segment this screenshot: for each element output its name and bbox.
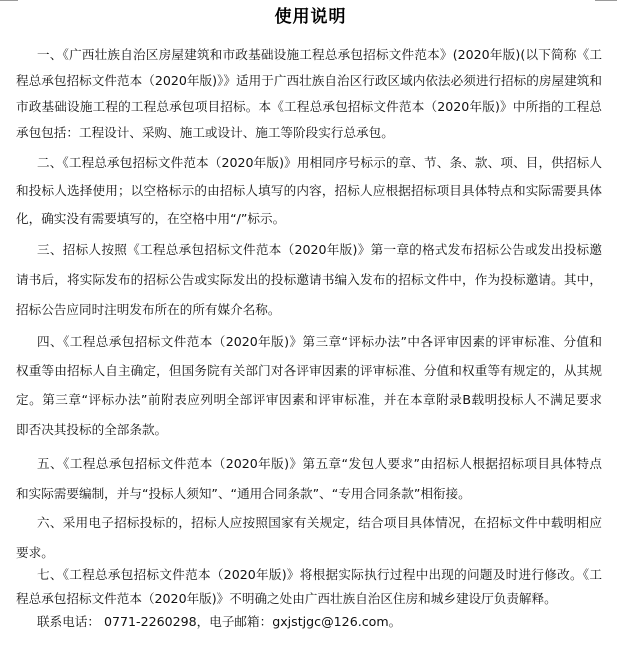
paragraph-2-line-2: 和投标人选择使用；以空格标示的由招标人填写的内容，招标人应根据招标项目具体特点和…: [16, 182, 602, 200]
crop-mark-top-right: [595, 0, 617, 1]
paragraph-4-line-3: 定。第三章“评标办法”前附表应列明全部评审因素和评审标准，并在本章附录B载明投标…: [16, 391, 602, 409]
paragraph-2-line-3: 化，确实没有需要填写的，在空格中用“/”标示。: [16, 210, 602, 228]
paragraph-1-line-1: 一、《广西壮族自治区房屋建筑和市政基础设施工程总承包招标文件范本》(2020年版…: [37, 46, 602, 64]
paragraph-6-line-1: 六、采用电子招标投标的，招标人应按照国家有关规定，结合项目具体情况，在招标文件中…: [37, 514, 602, 532]
paragraph-1-line-4: 承包包括：工程设计、采购、施工或设计、施工等阶段实行总承包。: [16, 124, 602, 142]
paragraph-7-line-1: 七、《工程总承包招标文件范本（2020年版)》将根据实际执行过程中出现的问题及时…: [37, 566, 602, 584]
contact-info: 联系电话： 0771-2260298，电子邮箱：gxjstjgc@126.com…: [37, 613, 602, 631]
paragraph-5-line-2: 和实际需要编制，并与“投标人须知”、“通用合同条款”、“专用合同条款”相衔接。: [16, 485, 602, 503]
paragraph-3-line-2: 请书后，将实际发布的招标公告或实际发出的投标邀请书编入发布的招标文件中，作为投标…: [16, 271, 602, 289]
paragraph-1-line-2: 程总承包招标文件范本（2020年版)》》适用于广西壮族自治区行政区域内依法必须进…: [16, 72, 602, 90]
paragraph-1-line-3: 市政基础设施工程的工程总承包项目招标。本《工程总承包招标文件范本（2020年版)…: [16, 98, 602, 116]
crop-mark-top-left: [0, 0, 18, 1]
paragraph-2-line-1: 二、《工程总承包招标文件范本（2020年版)》用相同序号标示的章、节、条、款、项…: [37, 154, 602, 172]
paragraph-4-line-1: 四、《工程总承包招标文件范本（2020年版)》第三章“评标办法”中各评审因素的评…: [37, 333, 602, 351]
paragraph-5-line-1: 五、《工程总承包招标文件范本（2020年版)》第五章“发包人要求”由招标人根据招…: [37, 455, 602, 473]
paragraph-3-line-1: 三、招标人按照《工程总承包招标文件范本（2020年版)》第一章的格式发布招标公告…: [37, 241, 602, 259]
paragraph-4-line-2: 权重等由招标人自主确定，但国务院有关部门对各评审因素的评审标准、分值和权重等有规…: [16, 362, 602, 380]
paragraph-7-line-2: 程总承包招标文件范本（2020年版)》不明确之处由广西壮族自治区住房和城乡建设厅…: [16, 590, 602, 608]
page-title: 使用说明: [0, 2, 621, 27]
paragraph-4-line-4: 即否决其投标的全部条款。: [16, 421, 602, 439]
paragraph-3-line-3: 招标公告应同时注明发布所在的所有媒介名称。: [16, 301, 602, 319]
paragraph-6-line-2: 要求。: [16, 544, 602, 562]
